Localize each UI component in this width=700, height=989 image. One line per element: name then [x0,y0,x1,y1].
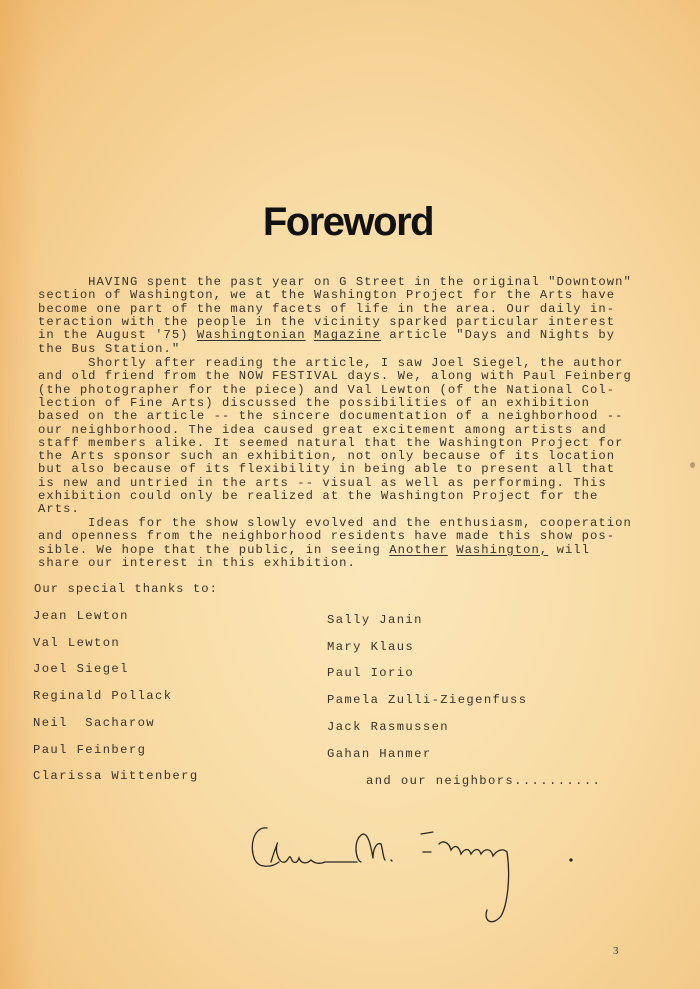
thanks-name: Jean Lewton [33,609,129,623]
thanks-name: Val Lewton [33,636,120,650]
body-line: become one part of the many facets of li… [38,303,615,316]
thanks-heading: Our special thanks to: [34,583,218,596]
body-line: is new and untried in the arts -- visual… [38,477,607,490]
body-line: (the photographer for the piece) and Val… [38,384,615,397]
thanks-name: Sally Janin [327,613,423,627]
body-line: HAVING spent the past year on G Street i… [38,276,632,289]
body-line: and old friend from the NOW FESTIVAL day… [38,370,632,383]
body-line: Ideas for the show slowly evolved and th… [38,517,632,530]
page-title: Foreword [0,200,698,245]
body-line: exhibition could only be realized at the… [38,490,598,503]
document-page: Foreword HAVING spent the past year on G… [0,0,700,989]
page-number: 3 [613,945,619,957]
body-line: Arts. [38,503,80,516]
body-line: lection of Fine Arts) discussed the poss… [38,397,590,410]
body-line: our neighborhood. The idea caused great … [38,424,607,437]
body-line: based on the article -- the sincere docu… [38,410,623,423]
thanks-name: Paul Feinberg [33,743,146,757]
thanks-name: Paul Iorio [327,666,414,680]
thanks-name: Pamela Zulli-Ziegenfuss [327,693,527,707]
body-line: the Bus Station." [38,343,180,356]
signature: Alice M. Denney [245,818,585,938]
thanks-name: Reginald Pollack [33,689,172,703]
closing-line: and our neighbors.......... [366,774,601,788]
underlined-title: Washington, [456,543,548,557]
body-line: but also because of its flexibility in b… [38,463,615,476]
thanks-name: Mary Klaus [327,640,414,654]
underlined-title: Magazine [314,328,381,342]
thanks-name: Neil Sacharow [33,716,155,730]
paper-edge-shading [0,0,40,989]
body-line: teraction with the people in the vicinit… [38,316,615,329]
paper-speck [690,462,695,468]
body-line: the Arts sponsor such an exhibition, not… [38,450,615,463]
body-line: section of Washington, we at the Washing… [38,289,615,302]
body-line: share our interest in this exhibition. [38,557,356,570]
thanks-name: Clarissa Wittenberg [33,769,199,783]
thanks-name: Gahan Hanmer [327,747,432,761]
body-line: Shortly after reading the article, I saw… [38,357,623,370]
thanks-name: Jack Rasmussen [327,720,449,734]
body-line: in the August '75) Washingtonian Magazin… [38,329,615,342]
body-line: sible. We hope that the public, in seein… [38,544,590,557]
thanks-name: Joel Siegel [33,662,129,676]
body-line: staff members alike. It seemed natural t… [38,437,623,450]
underlined-title: Washingtonian [197,328,306,342]
body-line: and openness from the neighborhood resid… [38,530,615,543]
underlined-title: Another [389,543,448,557]
